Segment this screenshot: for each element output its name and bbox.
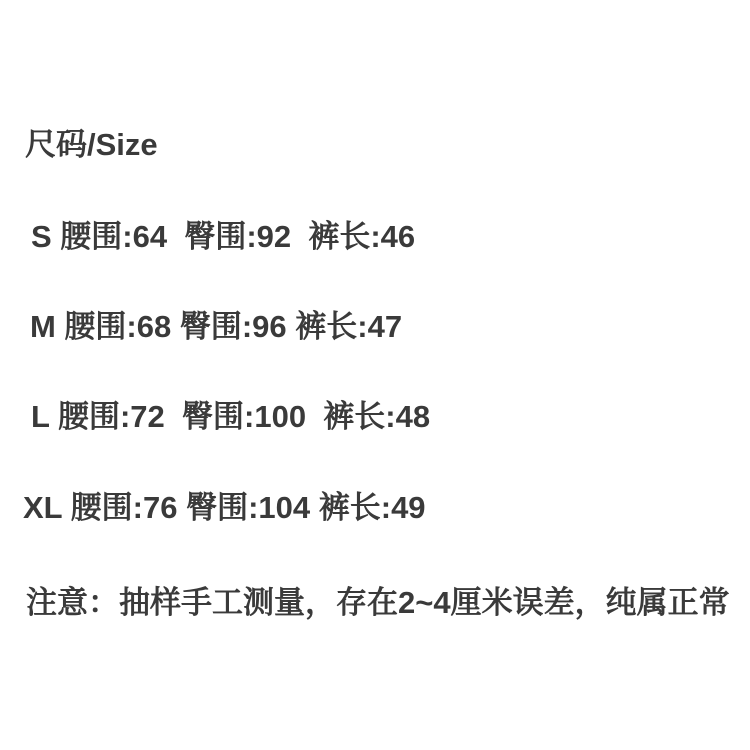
size-row-l: L 腰围:72 臀围:100 裤长:48 — [31, 401, 430, 434]
size-chart-image: 尺码/Size S 腰围:64 臀围:92 裤长:46 M 腰围:68 臀围:9… — [0, 0, 750, 750]
size-row-m: M 腰围:68 臀围:96 裤长:47 — [30, 311, 402, 344]
measurement-disclaimer-note: 注意：抽样手工测量，存在2~4厘米误差，纯属正常 — [26, 587, 730, 620]
size-chart-title: 尺码/Size — [25, 129, 158, 162]
size-row-s: S 腰围:64 臀围:92 裤长:46 — [31, 221, 415, 254]
size-row-xl: XL 腰围:76 臀围:104 裤长:49 — [23, 492, 426, 525]
